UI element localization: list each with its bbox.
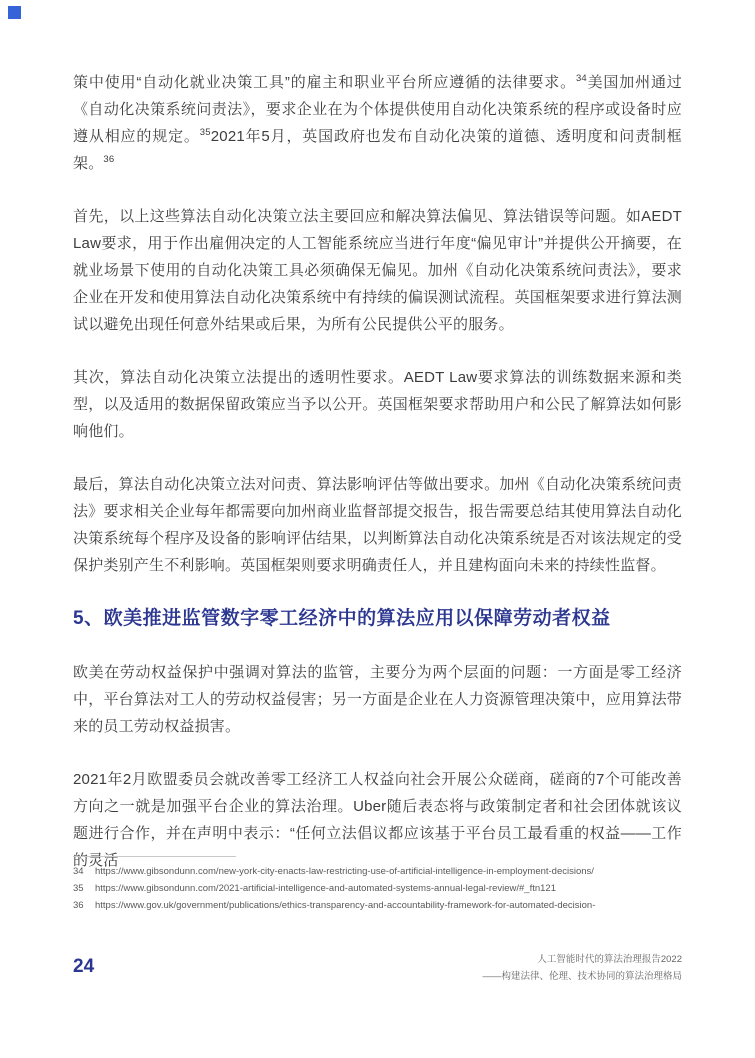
footnote-url: https://www.gov.uk/government/publicatio… bbox=[95, 897, 682, 914]
footer-report-info: 人工智能时代的算法治理报告2022 ——构建法律、伦理、技术协同的算法治理格局 bbox=[482, 951, 682, 985]
paragraph-4: 最后，算法自动化决策立法对问责、算法影响评估等做出要求。加州《自动化决策系统问责… bbox=[73, 471, 682, 579]
footnote-number: 36 bbox=[73, 897, 95, 914]
footnote-ref-35: 35 bbox=[200, 127, 211, 138]
body-text: 策中使用“自动化就业决策工具”的雇主和职业平台所应遵循的法律要求。34美国加州通… bbox=[73, 69, 682, 900]
footnote-item: 36 https://www.gov.uk/government/publica… bbox=[73, 897, 682, 914]
paragraph-5: 欧美在劳动权益保护中强调对算法的监管，主要分为两个层面的问题：一方面是零工经济中… bbox=[73, 659, 682, 740]
footnote-ref-36: 36 bbox=[103, 154, 114, 165]
footer-report-title: 人工智能时代的算法治理报告2022 bbox=[482, 951, 682, 968]
footnote-separator bbox=[73, 856, 236, 857]
corner-marker bbox=[8, 6, 21, 19]
paragraph-2: 首先，以上这些算法自动化决策立法主要回应和解决算法偏见、算法错误等问题。如AED… bbox=[73, 203, 682, 338]
page-number: 24 bbox=[73, 956, 94, 978]
paragraph-3: 其次，算法自动化决策立法提出的透明性要求。AEDT Law要求算法的训练数据来源… bbox=[73, 364, 682, 445]
footnote-number: 35 bbox=[73, 880, 95, 897]
footnote-url: https://www.gibsondunn.com/2021-artifici… bbox=[95, 880, 682, 897]
footnote-url: https://www.gibsondunn.com/new-york-city… bbox=[95, 863, 682, 880]
footnote-item: 34 https://www.gibsondunn.com/new-york-c… bbox=[73, 863, 682, 880]
footer-report-subtitle: ——构建法律、伦理、技术协同的算法治理格局 bbox=[482, 968, 682, 985]
paragraph-1: 策中使用“自动化就业决策工具”的雇主和职业平台所应遵循的法律要求。34美国加州通… bbox=[73, 69, 682, 177]
document-page: 策中使用“自动化就业决策工具”的雇主和职业平台所应遵循的法律要求。34美国加州通… bbox=[0, 0, 755, 1058]
footnote-ref-34: 34 bbox=[576, 73, 587, 84]
footnote-item: 35 https://www.gibsondunn.com/2021-artif… bbox=[73, 880, 682, 897]
section-heading-5: 5、欧美推进监管数字零工经济中的算法应用以保障劳动者权益 bbox=[73, 605, 682, 633]
footnotes: 34 https://www.gibsondunn.com/new-york-c… bbox=[73, 856, 682, 914]
footnote-number: 34 bbox=[73, 863, 95, 880]
paragraph-1-text: 策中使用“自动化就业决策工具”的雇主和职业平台所应遵循的法律要求。 bbox=[73, 74, 576, 91]
